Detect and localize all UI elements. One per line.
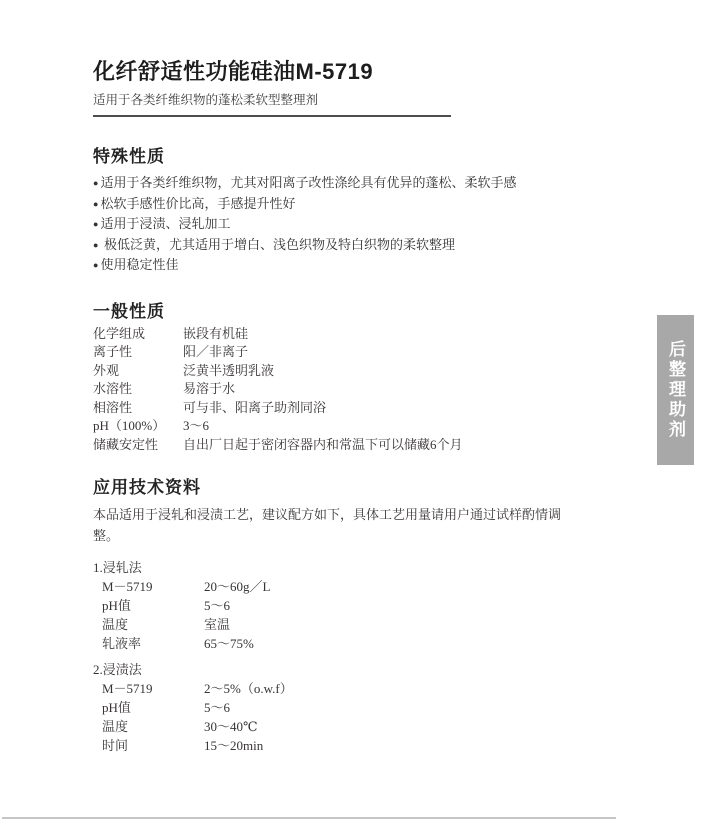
list-item: ●适用于浸渍、浸轧加工 [93, 214, 625, 235]
bullet-icon: ● [93, 195, 98, 215]
page-title: 化纤舒适性功能硅油M-5719 [93, 57, 625, 87]
parameter-value: 15～20min [204, 736, 263, 755]
property-value: 泛黄半透明乳液 [183, 362, 274, 381]
bullet-icon: ● [93, 236, 98, 256]
method-dipping-process: 2.浸渍法 M－57192～5%（o.w.f） pH值5～6 温度30～40℃ … [93, 660, 625, 755]
document-page: 化纤舒适性功能硅油M-5719 适用于各类纤维织物的蓬松柔软型整理剂 特殊性质 … [0, 0, 702, 826]
section-application-data: 应用技术资料 本品适用于浸轧和浸渍工艺，建议配方如下，具体工艺用量请用户通过试样… [93, 478, 625, 755]
property-label: 离子性 [93, 343, 183, 362]
property-value: 3～6 [183, 417, 209, 436]
parameter-label: pH值 [102, 596, 204, 615]
header-divider [93, 115, 451, 117]
property-label: 化学组成 [93, 325, 183, 344]
parameter-label: M－5719 [102, 577, 204, 596]
general-properties-heading: 一般性质 [93, 302, 625, 322]
category-side-tab-label: 后整理助剂 [667, 340, 684, 440]
bullet-text: 松软手感性价比高，手感提升性好 [100, 196, 295, 211]
list-item: ● 极低泛黄，尤其适用于增白、浅色织物及特白织物的柔软整理 [93, 235, 625, 256]
document-content: 化纤舒适性功能硅油M-5719 适用于各类纤维织物的蓬松柔软型整理剂 特殊性质 … [93, 57, 625, 755]
table-row: 时间15～20min [102, 736, 625, 755]
table-row: 温度30～40℃ [102, 717, 625, 736]
property-value: 自出厂日起于密闭容器内和常温下可以储藏6个月 [183, 436, 463, 455]
table-row: 化学组成嵌段有机硅 [93, 325, 625, 344]
parameter-value: 5～6 [204, 698, 230, 717]
method-name: 2.浸渍法 [93, 660, 625, 679]
property-label: pH（100%） [93, 417, 183, 436]
parameter-label: M－5719 [102, 679, 204, 698]
list-item: ●使用稳定性佳 [93, 255, 625, 276]
table-row: 轧液率65～75% [102, 634, 625, 653]
parameter-value: 2～5%（o.w.f） [204, 679, 293, 698]
list-item: ●适用于各类纤维织物，尤其对阳离子改性涤纶具有优异的蓬松、柔软手感 [93, 173, 625, 194]
method-rows: M－57192～5%（o.w.f） pH值5～6 温度30～40℃ 时间15～2… [102, 679, 625, 755]
parameter-label: 温度 [102, 717, 204, 736]
method-padding-process: 1.浸轧法 M－571920～60g／L pH值5～6 温度室温 轧液率65～7… [93, 558, 625, 653]
table-row: M－571920～60g／L [102, 577, 625, 596]
table-row: 储藏安定性自出厂日起于密闭容器内和常温下可以储藏6个月 [93, 436, 625, 455]
table-row: pH值5～6 [102, 698, 625, 717]
property-value: 嵌段有机硅 [183, 325, 248, 344]
property-label: 外观 [93, 362, 183, 381]
bullet-text: 适用于浸渍、浸轧加工 [100, 216, 230, 231]
parameter-value: 室温 [204, 615, 230, 634]
bullet-text: 适用于各类纤维织物，尤其对阳离子改性涤纶具有优异的蓬松、柔软手感 [100, 175, 516, 190]
table-row: 离子性阳／非离子 [93, 343, 625, 362]
table-row: 温度室温 [102, 615, 625, 634]
general-properties-table: 化学组成嵌段有机硅 离子性阳／非离子 外观泛黄半透明乳液 水溶性易溶于水 相溶性… [93, 325, 625, 455]
table-row: 外观泛黄半透明乳液 [93, 362, 625, 381]
bullet-icon: ● [93, 256, 98, 276]
page-bottom-divider [2, 817, 616, 819]
bullet-icon: ● [93, 174, 98, 194]
table-row: pH值5～6 [102, 596, 625, 615]
application-intro-text: 本品适用于浸轧和浸渍工艺，建议配方如下，具体工艺用量请用户通过试样酌情调整。 [93, 505, 571, 546]
table-row: M－57192～5%（o.w.f） [102, 679, 625, 698]
category-side-tab: 后整理助剂 [657, 315, 694, 465]
special-properties-list: ●适用于各类纤维织物，尤其对阳离子改性涤纶具有优异的蓬松、柔软手感 ●松软手感性… [93, 173, 625, 276]
bullet-text: 使用稳定性佳 [100, 257, 178, 272]
parameter-value: 20～60g／L [204, 577, 270, 596]
table-row: 相溶性可与非、阳离子助剂同浴 [93, 399, 625, 418]
bullet-icon: ● [93, 215, 98, 235]
property-label: 储藏安定性 [93, 436, 183, 455]
method-rows: M－571920～60g／L pH值5～6 温度室温 轧液率65～75% [102, 577, 625, 653]
parameter-label: pH值 [102, 698, 204, 717]
method-name: 1.浸轧法 [93, 558, 625, 577]
property-value: 阳／非离子 [183, 343, 248, 362]
special-properties-heading: 特殊性质 [93, 147, 625, 167]
parameter-label: 时间 [102, 736, 204, 755]
section-special-properties: 特殊性质 ●适用于各类纤维织物，尤其对阳离子改性涤纶具有优异的蓬松、柔软手感 ●… [93, 147, 625, 276]
section-general-properties: 一般性质 化学组成嵌段有机硅 离子性阳／非离子 外观泛黄半透明乳液 水溶性易溶于… [93, 302, 625, 455]
table-row: 水溶性易溶于水 [93, 380, 625, 399]
bullet-text: 极低泛黄，尤其适用于增白、浅色织物及特白织物的柔软整理 [100, 237, 455, 252]
application-data-heading: 应用技术资料 [93, 478, 625, 498]
property-value: 可与非、阳离子助剂同浴 [183, 399, 326, 418]
property-label: 水溶性 [93, 380, 183, 399]
parameter-value: 5～6 [204, 596, 230, 615]
page-subtitle: 适用于各类纤维织物的蓬松柔软型整理剂 [93, 93, 625, 108]
parameter-value: 30～40℃ [204, 717, 258, 736]
table-row: pH（100%）3～6 [93, 417, 625, 436]
list-item: ●松软手感性价比高，手感提升性好 [93, 194, 625, 215]
parameter-value: 65～75% [204, 634, 254, 653]
property-value: 易溶于水 [183, 380, 235, 399]
parameter-label: 温度 [102, 615, 204, 634]
parameter-label: 轧液率 [102, 634, 204, 653]
property-label: 相溶性 [93, 399, 183, 418]
